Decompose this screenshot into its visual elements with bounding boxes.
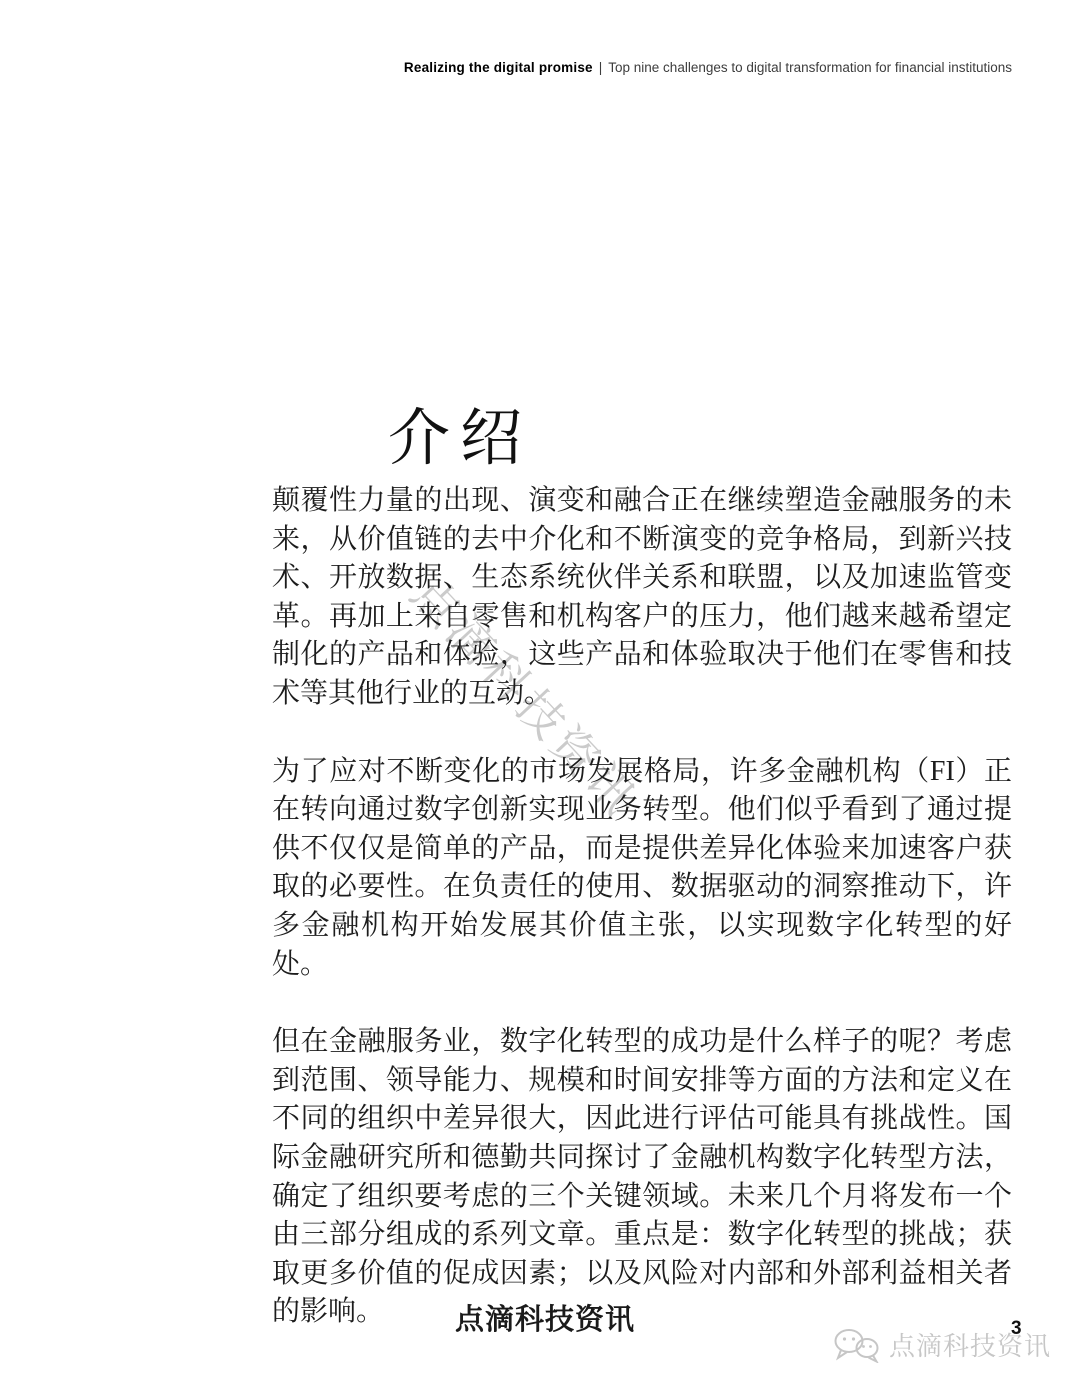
running-header: Realizing the digital promise|Top nine c… [404,60,1012,76]
body-text: 颠覆性力量的出现、演变和融合正在继续塑造金融服务的未来，从价值链的去中介化和不断… [272,482,1012,1332]
page-number: 3 [1011,1318,1022,1340]
page-title: 介绍 [388,388,532,477]
bottom-watermark-label: 点滴科技资讯 [889,1326,1051,1363]
header-separator: | [599,60,603,75]
document-page: Realizing the digital promise|Top nine c… [0,0,1080,1397]
chat-bubbles-icon [833,1327,881,1363]
header-subtitle: Top nine challenges to digital transform… [608,60,1012,75]
paragraph-3: 但在金融服务业，数字化转型的成功是什么样子的呢？考虑到范围、领导能力、规模和时间… [272,1023,1012,1332]
footer-brand-text: 点滴科技资讯 [455,1297,635,1338]
paragraph-1: 颠覆性力量的出现、演变和融合正在继续塑造金融服务的未来，从价值链的去中介化和不断… [272,482,1012,714]
paragraph-2: 为了应对不断变化的市场发展格局，许多金融机构（FI）正在转向通过数字创新实现业务… [272,753,1012,985]
header-report-title: Realizing the digital promise [404,60,593,75]
